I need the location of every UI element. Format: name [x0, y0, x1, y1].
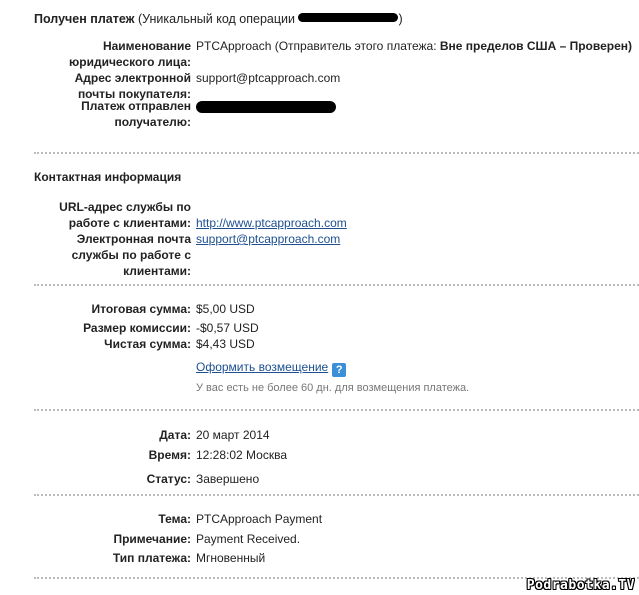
- row-recipient: Платеж отправлен получателю:: [34, 98, 336, 130]
- time-label: Время:: [34, 447, 196, 463]
- date-label: Дата:: [34, 427, 196, 443]
- divider: [34, 152, 639, 154]
- note-value: Payment Received.: [196, 531, 300, 547]
- total-amount-label: Итоговая сумма:: [34, 301, 196, 317]
- divider: [34, 494, 639, 496]
- net-amount-label: Чистая сумма:: [34, 336, 196, 352]
- redacted-recipient: [196, 101, 336, 113]
- recipient-label: Платеж отправлен получателю:: [34, 98, 196, 130]
- watermark: Podrabotka.TV: [527, 578, 635, 593]
- payment-header-title: Получен платеж: [34, 12, 134, 26]
- row-payment-type: Тип платежа: Мгновенный: [34, 550, 265, 566]
- row-total-amount: Итоговая сумма: $5,00 USD: [34, 301, 255, 317]
- redacted-transaction-id: [298, 13, 398, 22]
- fee-value: -$0,57 USD: [196, 320, 259, 336]
- legal-name-value: PTCApproach (Отправитель этого платежа: …: [196, 38, 632, 54]
- support-email-label: Электронная почта службы по работе с кли…: [34, 231, 196, 279]
- support-url-label: URL-адрес службы по работе с клиентами:: [34, 199, 196, 231]
- refund-note: У вас есть не более 60 дн. для возмещени…: [196, 382, 469, 394]
- payment-type-value: Мгновенный: [196, 550, 265, 566]
- row-net-amount: Чистая сумма: $4,43 USD: [34, 336, 255, 352]
- row-refund: Оформить возмещение?: [34, 359, 346, 377]
- date-value: 20 март 2014: [196, 427, 270, 443]
- recipient-value: [196, 98, 336, 114]
- contact-section-title: Контактная информация: [34, 170, 181, 184]
- divider: [34, 284, 639, 286]
- support-email-value: support@ptcapproach.com: [196, 231, 340, 247]
- subject-label: Тема:: [34, 511, 196, 527]
- row-support-email: Электронная почта службы по работе с кли…: [34, 231, 340, 279]
- status-value: Завершено: [196, 471, 259, 487]
- row-date: Дата: 20 март 2014: [34, 427, 270, 443]
- row-status: Статус: Завершено: [34, 471, 259, 487]
- net-amount-value: $4,43 USD: [196, 336, 255, 352]
- payment-header: Получен платеж (Уникальный код операции …: [34, 12, 403, 26]
- fee-label: Размер комиссии:: [34, 320, 196, 336]
- time-value: 12:28:02 Москва: [196, 447, 287, 463]
- payment-type-label: Тип платежа:: [34, 550, 196, 566]
- payment-header-op-label: (Уникальный код операции: [138, 12, 295, 26]
- refund-action: Оформить возмещение?: [196, 359, 346, 377]
- status-label: Статус:: [34, 471, 196, 487]
- support-url-link[interactable]: http://www.ptcapproach.com: [196, 216, 347, 230]
- row-time: Время: 12:28:02 Москва: [34, 447, 287, 463]
- support-email-link[interactable]: support@ptcapproach.com: [196, 232, 340, 246]
- note-label: Примечание:: [34, 531, 196, 547]
- subject-value: PTCApproach Payment: [196, 511, 322, 527]
- row-legal-name: Наименование юридического лица: PTCAppro…: [34, 38, 632, 70]
- buyer-email-value: support@ptcapproach.com: [196, 70, 340, 86]
- help-icon[interactable]: ?: [332, 363, 346, 377]
- total-amount-value: $5,00 USD: [196, 301, 255, 317]
- row-subject: Тема: PTCApproach Payment: [34, 511, 322, 527]
- refund-link[interactable]: Оформить возмещение: [196, 360, 328, 374]
- row-note: Примечание: Payment Received.: [34, 531, 300, 547]
- sender-status: Вне пределов США – Проверен): [440, 39, 632, 53]
- row-support-url: URL-адрес службы по работе с клиентами: …: [34, 199, 347, 231]
- support-url-value: http://www.ptcapproach.com: [196, 199, 347, 231]
- row-fee: Размер комиссии: -$0,57 USD: [34, 320, 259, 336]
- legal-name-label: Наименование юридического лица:: [34, 38, 196, 70]
- divider: [34, 409, 639, 411]
